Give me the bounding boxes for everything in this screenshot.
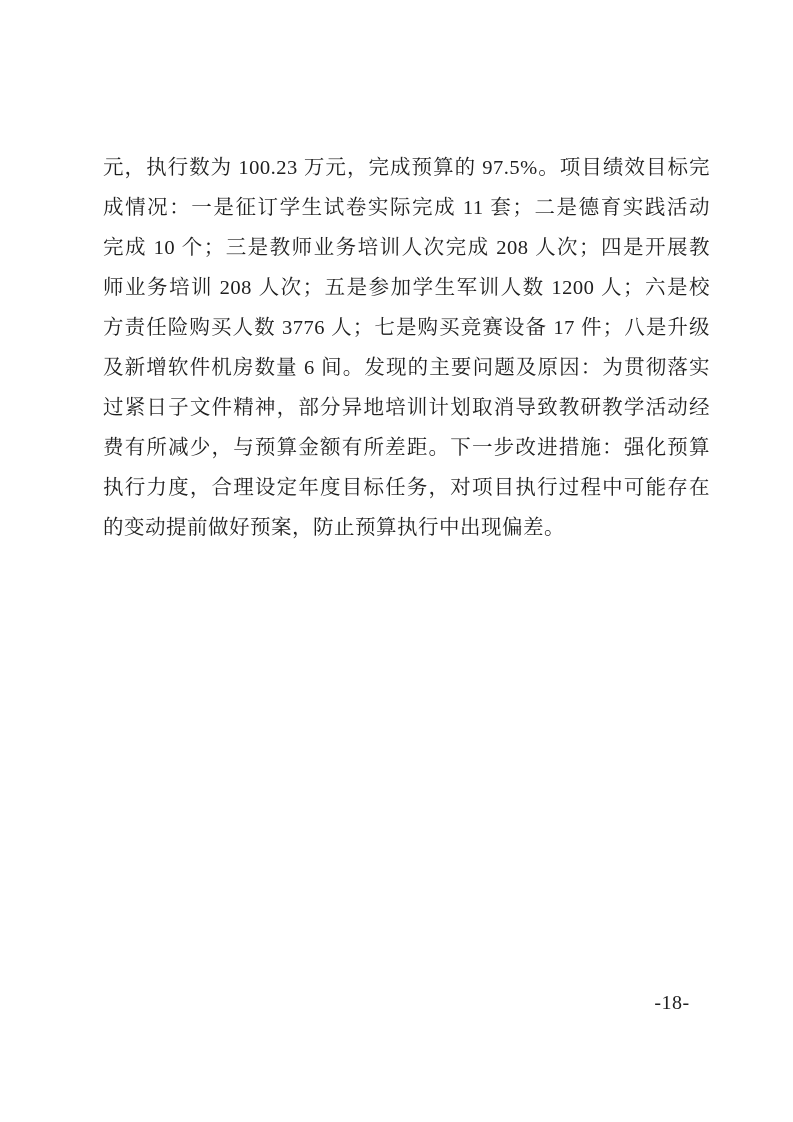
body-paragraph: 元，执行数为 100.23 万元，完成预算的 97.5%。项目绩效目标完 成情况… (103, 148, 710, 548)
page-number: -18- (648, 992, 696, 1014)
text-line: 费有所减少，与预算金额有所差距。下一步改进措施：强化预算 (103, 428, 710, 468)
text-line: 执行力度，合理设定年度目标任务，对项目执行过程中可能存在 (103, 468, 710, 508)
text-line: 过紧日子文件精神，部分异地培训计划取消导致教研教学活动经 (103, 388, 710, 428)
document-page: 元，执行数为 100.23 万元，完成预算的 97.5%。项目绩效目标完 成情况… (0, 0, 793, 1122)
text-line: 及新增软件机房数量 6 间。发现的主要问题及原因：为贯彻落实 (103, 348, 710, 388)
text-line: 元，执行数为 100.23 万元，完成预算的 97.5%。项目绩效目标完 (103, 148, 710, 188)
text-line: 师业务培训 208 人次；五是参加学生军训人数 1200 人；六是校 (103, 268, 710, 308)
text-line: 方责任险购买人数 3776 人；七是购买竞赛设备 17 件；八是升级 (103, 308, 710, 348)
text-line: 成情况：一是征订学生试卷实际完成 11 套；二是德育实践活动 (103, 188, 710, 228)
text-line: 完成 10 个；三是教师业务培训人次完成 208 人次；四是开展教 (103, 228, 710, 268)
text-line: 的变动提前做好预案，防止预算执行中出现偏差。 (103, 508, 710, 548)
